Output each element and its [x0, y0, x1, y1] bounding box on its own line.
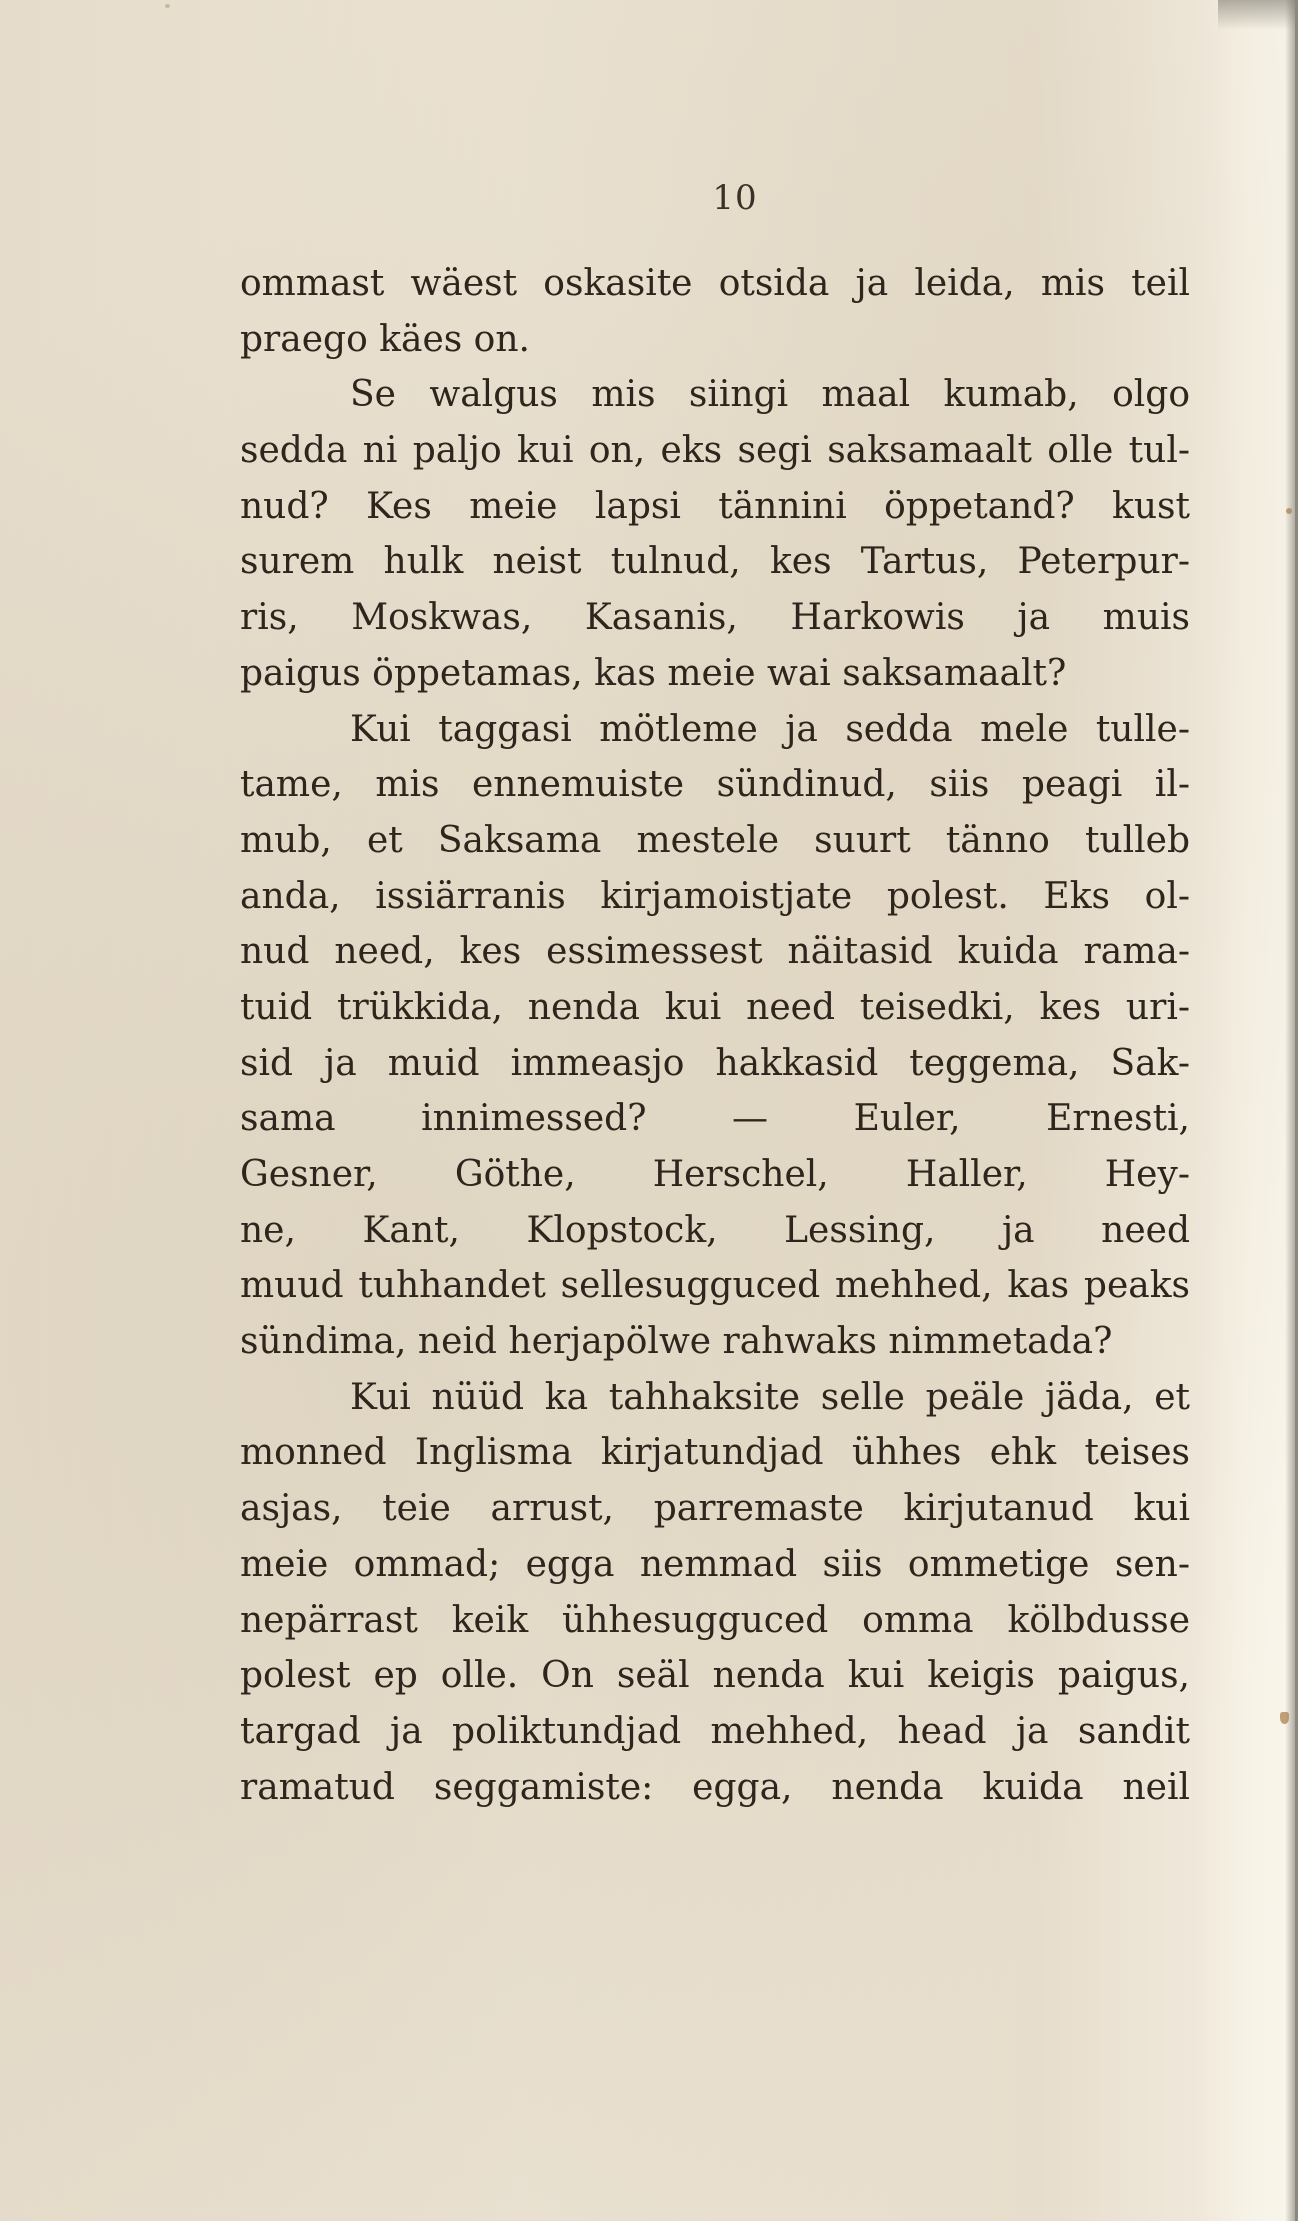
- text-line: monned Inglisma kirjatundjad ühhes ehk t…: [240, 1425, 1190, 1481]
- page-corner-shadow: [1218, 0, 1298, 30]
- text-line: asjas, teie arrust, parremaste kirjutanu…: [240, 1481, 1190, 1537]
- text-line: anda, issiärranis kirjamoistjate polest.…: [240, 869, 1190, 925]
- text-line: ommast wäest oskasite otsida ja leida, m…: [240, 256, 1190, 312]
- text-line: sedda ni paljo kui on, eks segi saksamaa…: [240, 423, 1190, 479]
- text-line: nud need, kes essimessest näitasid kuida…: [240, 924, 1190, 980]
- body-text: ommast wäest oskasite otsida ja leida, m…: [240, 256, 1190, 1815]
- text-line: tuid trükkida, nenda kui need teisedki, …: [240, 980, 1190, 1036]
- text-line: praego käes on.: [240, 312, 1190, 368]
- text-line: ramatud seggamiste: egga, nenda kuida ne…: [240, 1760, 1190, 1816]
- text-line: Kui taggasi mötleme ja sedda mele tulle-: [240, 702, 1190, 758]
- paper-stain: [1286, 508, 1292, 514]
- text-line: muud tuhhandet sellesugguсed mehhed, kas…: [240, 1258, 1190, 1314]
- paragraph: Kui taggasi mötleme ja sedda mele tulle-…: [240, 702, 1190, 1370]
- text-line: sama innimessed? — Euler, Ernesti,: [240, 1091, 1190, 1147]
- text-line: sid ja muid immeasjo hakkasid teggema, S…: [240, 1036, 1190, 1092]
- paragraph: ommast wäest oskasite otsida ja leida, m…: [240, 256, 1190, 367]
- text-line: Gesner, Göthe, Herschel, Haller, Hey-: [240, 1147, 1190, 1203]
- paper-stain: [1280, 1712, 1289, 1724]
- paragraph: Kui nüüd ka tahhaksite selle peäle jäda,…: [240, 1370, 1190, 1816]
- text-line: mub, et Saksama mestele suurt tänno tull…: [240, 813, 1190, 869]
- book-page: 10 ommast wäest oskasite otsida ja leida…: [0, 0, 1298, 2221]
- paragraph: Se walgus mis siingi maal kumab, olgo se…: [240, 367, 1190, 701]
- text-line: surem hulk neist tulnud, kes Tartus, Pet…: [240, 534, 1190, 590]
- text-line: paigus öppetamas, kas meie wai saksamaal…: [240, 646, 1190, 702]
- text-line: ne, Kant, Klopstock, Lessing, ja need: [240, 1203, 1190, 1259]
- text-line: nepärrast keik ühhesugguсed omma kölbdus…: [240, 1593, 1190, 1649]
- text-line: sündima, neid herjapölwe rahwaks nimmeta…: [240, 1314, 1190, 1370]
- page-number: 10: [0, 178, 1298, 218]
- text-line: meie ommad; egga nemmad siis ommetige se…: [240, 1537, 1190, 1593]
- text-line: targad ja poliktundjad mehhed, head ja s…: [240, 1704, 1190, 1760]
- text-line: polest ep olle. On seäl nenda kui keigis…: [240, 1648, 1190, 1704]
- text-line: Se walgus mis siingi maal kumab, olgo: [240, 367, 1190, 423]
- paper-stain: [165, 4, 170, 8]
- text-line: ris, Moskwas, Kasanis, Harkowis ja muis: [240, 590, 1190, 646]
- text-line: nud? Kes meie lapsi tännini öppetand? ku…: [240, 479, 1190, 535]
- text-line: tame, mis ennemuiste sündinud, siis peag…: [240, 757, 1190, 813]
- text-line: Kui nüüd ka tahhaksite selle peäle jäda,…: [240, 1370, 1190, 1426]
